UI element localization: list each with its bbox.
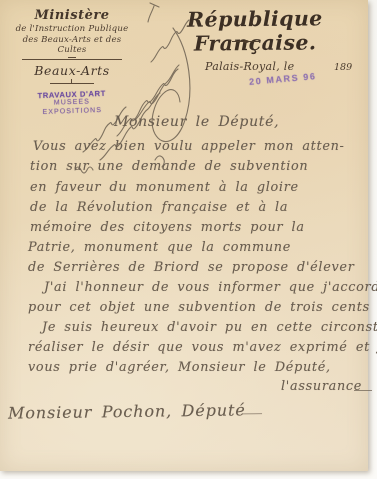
- body-line: Vous avez bien voulu appeler mon atten-: [33, 139, 345, 154]
- ministry-subtitle-line2: des Beaux-Arts et des Cultes: [8, 35, 136, 55]
- body-line: de Serrières de Briord se propose d'élev…: [28, 260, 355, 275]
- ministry-subtitle-line1: de l'Instruction Publique: [8, 24, 136, 34]
- body-line: de la Révolution française et à la: [30, 200, 288, 215]
- date-stamp: 20 MARS 96: [249, 71, 317, 87]
- closing-word: l'assurance: [281, 379, 362, 394]
- body-line: vous prie d'agréer, Monsieur le Député,: [28, 360, 331, 375]
- body-line: Patrie, monument que la commune: [28, 240, 291, 255]
- salutation: Monsieur le Député,: [114, 114, 279, 130]
- republic-title: République Française.: [142, 6, 368, 56]
- scan-background: Ministère de l'Instruction Publique des …: [0, 0, 377, 479]
- letter-paper: Ministère de l'Instruction Publique des …: [0, 0, 368, 471]
- body-line: J'ai l'honneur de vous informer que j'ac…: [44, 280, 377, 295]
- body-line: tion sur une demande de subvention: [30, 159, 308, 174]
- recipient-line: Monsieur Pochon, Député: [8, 400, 246, 422]
- letterhead-divider: [22, 59, 122, 60]
- body-line: Je suis heureux d'avoir pu en cette circ…: [42, 320, 377, 335]
- place-date-label: Palais-Royal, le: [205, 60, 294, 73]
- body-line: pour cet objet une subvention de trois c…: [28, 300, 377, 315]
- ministry-title: Ministère: [8, 8, 136, 23]
- body-line: mémoire des citoyens morts pour la: [30, 220, 305, 235]
- department-label: Beaux-Arts: [8, 63, 136, 78]
- ornament-divider: [50, 83, 94, 84]
- letterhead-ministry-block: Ministère de l'Instruction Publique des …: [8, 8, 136, 117]
- printed-year-prefix: 189: [334, 62, 352, 73]
- body-line: réaliser le désir que vous m'avez exprim…: [28, 340, 377, 355]
- body-line: en faveur du monument à la gloire: [30, 180, 299, 195]
- title-ornament: [232, 41, 260, 42]
